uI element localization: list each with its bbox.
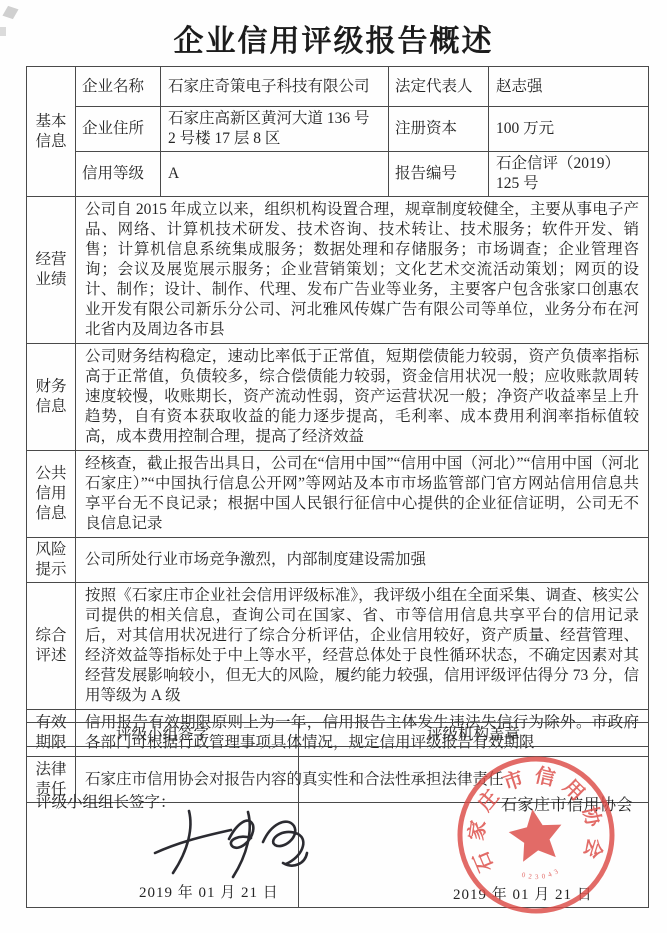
table-row: 财务信息 公司财务结构稳定，速动比率低于正常值，短期偿债能力较弱，资产负债率指标… (27, 344, 649, 451)
seal-star-icon (506, 806, 566, 864)
official-seal: 石家庄市信用协会 0230430 (451, 747, 621, 929)
section-comprehensive-review-content: 按照《石家庄市企业社会信用评级标准》，我评级小组在全面采集、调查、核实公司提供的… (76, 583, 649, 710)
section-risk-warning: 风险提示 (27, 538, 76, 583)
table-row: 基本信息 企业名称 石家庄奇策电子科技有限公司 法定代表人 赵志强 (27, 67, 649, 107)
field-legal-rep-value: 赵志强 (489, 67, 649, 107)
section-public-credit-info-content: 经核查，截止报告出具日，公司在“信用中国”“信用中国（河北）”“信用中国（河北石… (76, 451, 649, 538)
table-row: 风险提示 公司所处行业市场竞争激烈，内部制度建设需加强 (27, 538, 649, 583)
agency-seal-header: 评级机构盖章 (299, 723, 649, 747)
table-row: 信用等级 A 报告编号 石企信评（2019）125 号 (27, 152, 649, 197)
field-report-no-label: 报告编号 (389, 152, 489, 197)
table-row: 企业住所 石家庄高新区黄河大道 136 号 2 号楼 17 层 8 区 注册资本… (27, 107, 649, 152)
table-row: 经营业绩 公司自 2015 年成立以来，组织机构设置合理，规章制度较健全，主要从… (27, 197, 649, 344)
report-table: 基本信息 企业名称 石家庄奇策电子科技有限公司 法定代表人 赵志强 企业住所 石… (26, 66, 649, 803)
report-page: 企业信用评级报告概述 基本信息 企业名称 石家庄奇策电子科技有限公司 法定代表人… (0, 0, 667, 933)
section-financial-info-content: 公司财务结构稳定，速动比率低于正常值，短期偿债能力较弱，资产负债率指标高于正常值… (76, 344, 649, 451)
team-signature-date: 2019 年 01 月 21 日 (139, 883, 279, 903)
table-row: 综合评述 按照《石家庄市企业社会信用评级标准》，我评级小组在全面采集、调查、核实… (27, 583, 649, 710)
table-row: 公共信用信息 经核查，截止报告出具日，公司在“信用中国”“信用中国（河北）”“信… (27, 451, 649, 538)
agency-seal-cell: 石家庄市信用协会 2019 年 01 月 21 日 石家庄市信用协会 02304… (299, 747, 649, 908)
section-risk-warning-content: 公司所处行业市场竞争激烈，内部制度建设需加强 (76, 538, 649, 583)
signoff-header-row: 评级小组签字 评级机构盖章 (27, 723, 649, 747)
field-company-name-label: 企业名称 (76, 67, 161, 107)
section-public-credit-info: 公共信用信息 (27, 451, 76, 538)
field-capital-label: 注册资本 (389, 107, 489, 152)
field-credit-grade-value: A (161, 152, 389, 197)
field-address-value: 石家庄高新区黄河大道 136 号 2 号楼 17 层 8 区 (161, 107, 389, 152)
signoff-body-row: 评级小组组长签字： 2019 年 01 月 21 日 石家庄市信用协会 2019… (27, 747, 649, 908)
section-business-performance-content: 公司自 2015 年成立以来，组织机构设置合理，规章制度较健全，主要从事电子产品… (76, 197, 649, 344)
page-title: 企业信用评级报告概述 (0, 16, 667, 60)
section-basic-info: 基本信息 (27, 67, 76, 197)
field-credit-grade-label: 信用等级 (76, 152, 161, 197)
field-capital-value: 100 万元 (489, 107, 649, 152)
team-signature-header: 评级小组签字 (27, 723, 299, 747)
signoff-table: 评级小组签字 评级机构盖章 评级小组组长签字： 2019 年 01 月 21 日 (26, 722, 649, 908)
section-comprehensive-review: 综合评述 (27, 583, 76, 710)
field-report-no-value: 石企信评（2019）125 号 (489, 152, 649, 197)
signature-handwriting (147, 797, 315, 889)
field-address-label: 企业住所 (76, 107, 161, 152)
section-business-performance: 经营业绩 (27, 197, 76, 344)
field-company-name-value: 石家庄奇策电子科技有限公司 (161, 67, 389, 107)
team-signature-cell: 评级小组组长签字： 2019 年 01 月 21 日 (27, 747, 299, 908)
section-financial-info: 财务信息 (27, 344, 76, 451)
field-legal-rep-label: 法定代表人 (389, 67, 489, 107)
